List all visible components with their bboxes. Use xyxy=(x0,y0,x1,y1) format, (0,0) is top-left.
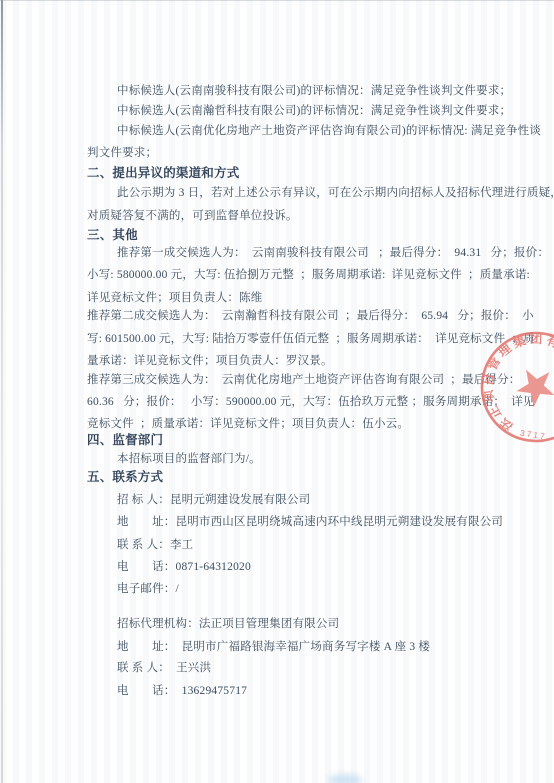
seal-star-icon xyxy=(510,360,554,410)
line-candidate-3-evaluation: 中标候选人(云南优化房地产土地资产评估咨询有限公司)的评标情况: 满足竞争性谈 xyxy=(117,124,541,138)
line-agency-phone: 电 话： 13629475717 xyxy=(117,684,247,698)
line-agency-contact: 联 系 人： 王兴洪 xyxy=(117,661,211,675)
line-recommend-3-c: 竞标文件 ；质量承诺：详见竞标文件；项目负责人：伍小云。 xyxy=(87,417,409,431)
line-recommend-2-c: 量承诺：详见竞标文件；项目负责人：罗汉景。 xyxy=(87,354,333,368)
line-publicity-period-cont: 对质疑答复不满的，可到监督单位投诉。 xyxy=(87,209,298,223)
line-tenderer-contact: 联 系 人：李工 xyxy=(117,538,193,552)
line-tenderer-phone: 电 话：0871-64312020 xyxy=(117,560,251,574)
line-recommend-1-b: 小写: 580000.00 元，大写: 伍拾捌万元整 ；服务周期承诺: 详见竞标… xyxy=(87,268,530,282)
line-tenderer-name: 招 标 人：昆明元朔建设发展有限公司 xyxy=(117,493,310,507)
scan-smudge-artifact xyxy=(328,774,362,783)
line-tenderer-email: 电子邮件：/ xyxy=(117,582,179,596)
line-candidate-1-evaluation: 中标候选人(云南南骏科技有限公司)的评标情况：满足竞争性谈判文件要求； xyxy=(117,84,511,98)
line-candidate-2-evaluation: 中标候选人(云南瀚哲科技有限公司)的评标情况：满足竞争性谈判文件要求； xyxy=(117,104,511,118)
company-seal-icon: 法正项目管理集团有限公司 3717 xyxy=(468,322,554,482)
line-recommend-1-c: 详见竞标文件；项目负责人：陈维 xyxy=(87,291,263,305)
line-recommend-2-a: 推荐第二成交候选人为： 云南瀚哲科技有限公司 ；最后得分： 65.94 分；报价… xyxy=(87,309,534,323)
heading-section-2-objection-channels: 二、提出异议的渠道和方式 xyxy=(87,166,239,180)
line-agency-address: 地 址： 昆明市广福路银海幸福广场商务写字楼 A 座 3 楼 xyxy=(117,640,430,654)
line-candidate-3-evaluation-cont: 判文件要求； xyxy=(87,146,157,160)
line-publicity-period: 此公示期为 3 日，若对上述公示有异议，可在公示期内向招标人及招标代理进行质疑， xyxy=(117,186,554,200)
line-recommend-3-a: 推荐第三成交候选人为： 云南优化房地产土地资产评估咨询有限公司 ；最后得分： xyxy=(87,373,521,387)
heading-section-5-contact-info: 五、联系方式 xyxy=(87,470,163,484)
line-agency-name: 招标代理机构：法正项目管理集团有限公司 xyxy=(117,617,339,631)
heading-section-4-supervision-dept: 四、监督部门 xyxy=(87,433,163,447)
scan-left-edge-artifact xyxy=(1,0,3,783)
line-tenderer-address: 地 址：昆明市西山区昆明绕城高速内环中线昆明元朔建设发展有限公司 xyxy=(117,515,503,529)
line-supervision-dept: 本招标项目的监督部门为/。 xyxy=(117,452,261,466)
scanned-document-page: 中标候选人(云南南骏科技有限公司)的评标情况：满足竞争性谈判文件要求； 中标候选… xyxy=(0,0,554,783)
heading-section-3-others: 三、其他 xyxy=(87,228,138,242)
line-recommend-1-a: 推荐第一成交候选人为： 云南南骏科技有限公司 ；最后得分： 94.31 分；报价… xyxy=(117,246,549,260)
scan-top-edge-artifact xyxy=(0,0,554,1)
